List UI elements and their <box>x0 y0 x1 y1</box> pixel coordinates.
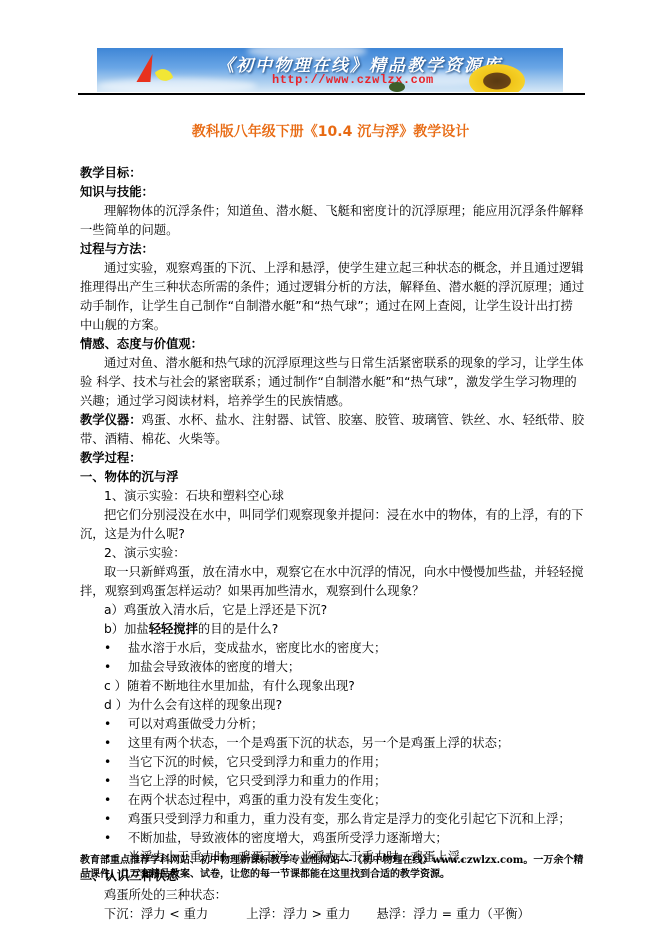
cloud-decoration <box>97 78 257 92</box>
demo1-text: 把它们分别浸没在水中，叫同学们观察现象并提问：浸在水中的物体，有的上浮，有的下沉… <box>80 506 585 544</box>
bullet-icon: • <box>104 791 128 810</box>
list-item: •盐水溶于水后，变成盐水，密度比水的密度大； <box>80 639 585 658</box>
knowledge-text: 理解物体的沉浮条件；知道鱼、潜水艇、飞艇和密度计的沉浮原理；能应用沉浮条件解释一… <box>80 202 585 240</box>
question-b-prefix: b）加盐 <box>104 622 149 636</box>
list-item: •当它下沉的时候，它只受到浮力和重力的作用； <box>80 753 585 772</box>
site-banner: 《初中物理在线》精品教学资源库 http://www.czwlzx.com <box>97 48 563 92</box>
objectives-heading: 教学目标： <box>80 164 585 183</box>
document-body: 教学目标： 知识与技能： 理解物体的沉浮条件；知道鱼、潜水艇、飞艇和密度计的沉浮… <box>80 164 585 924</box>
section2-intro: 鸡蛋所处的三种状态： <box>80 886 585 905</box>
bullet-icon: • <box>104 639 128 658</box>
bullet-icon: • <box>104 734 128 753</box>
sunflower-icon <box>469 64 525 92</box>
knowledge-heading: 知识与技能： <box>80 183 585 202</box>
bullet-icon: • <box>104 658 128 677</box>
list-item: •这里有两个状态，一个是鸡蛋下沉的状态，另一个是鸡蛋上浮的状态； <box>80 734 585 753</box>
states-row: 下沉：浮力 < 重力上浮：浮力 > 重力悬浮：浮力 = 重力（平衡） <box>80 905 585 924</box>
banner-url: http://www.czwlzx.com <box>272 73 434 87</box>
footer-promo: 教育部重点推荐学科网站、初中物理新课标教学专业性网站---《初中物理在线》www… <box>80 854 590 882</box>
document-title: 教科版八年级下册《10.4 沉与浮》教学设计 <box>0 121 661 141</box>
bullet-icon: • <box>104 753 128 772</box>
list-item-text: 加盐会导致液体的密度的增大； <box>128 660 300 674</box>
state-rise: 上浮：浮力 > 重力 <box>246 907 350 921</box>
equipment-heading: 教学仪器： <box>80 413 142 427</box>
question-b-emphasis: 轻轻搅拌 <box>149 622 198 636</box>
state-sink: 下沉：浮力 < 重力 <box>104 907 208 921</box>
process-section-heading: 教学过程： <box>80 449 585 468</box>
list-item: •当它上浮的时候，它只受到浮力和重力的作用； <box>80 772 585 791</box>
list-item: •不断加盐，导致液体的密度增大，鸡蛋所受浮力逐渐增大； <box>80 829 585 848</box>
demo2-text: 取一只新鲜鸡蛋，放在清水中，观察它在水中沉浮的情况，向水中慢慢加些盐，并轻轻搅拌… <box>80 563 585 601</box>
header-divider <box>78 93 585 95</box>
emotion-text: 通过对鱼、潜水艇和热气球的沉浮原理这些与日常生活紧密联系的现象的学习，让学生体验… <box>80 354 585 411</box>
list-item-text: 可以对鸡蛋做受力分析； <box>128 717 263 731</box>
list-item: •鸡蛋只受到浮力和重力，重力没有变，那么肯定是浮力的变化引起它下沉和上浮； <box>80 810 585 829</box>
question-d: d ）为什么会有这样的现象出现? <box>80 696 585 715</box>
state-suspend: 悬浮：浮力 = 重力（平衡） <box>376 907 529 921</box>
demo1-heading: 1、演示实验：石块和塑料空心球 <box>80 487 585 506</box>
equipment-paragraph: 教学仪器：鸡蛋、水杯、盐水、注射器、试管、胶塞、胶管、玻璃管、铁丝、水、轻纸带、… <box>80 411 585 449</box>
emotion-heading: 情感、态度与价值观： <box>80 335 585 354</box>
demo2-heading: 2、演示实验： <box>80 544 585 563</box>
list-item-text: 盐水溶于水后，变成盐水，密度比水的密度大； <box>128 641 386 655</box>
bullet-icon: • <box>104 829 128 848</box>
list-item-text: 当它下沉的时候，它只受到浮力和重力的作用； <box>128 755 386 769</box>
equipment-text: 鸡蛋、水杯、盐水、注射器、试管、胶塞、胶管、玻璃管、铁丝、水、轻纸带、胶带、酒精… <box>80 413 584 446</box>
list-item-text: 鸡蛋只受到浮力和重力，重力没有变，那么肯定是浮力的变化引起它下沉和上浮； <box>128 812 571 826</box>
process-heading: 过程与方法： <box>80 240 585 259</box>
list-item-text: 当它上浮的时候，它只受到浮力和重力的作用； <box>128 774 386 788</box>
list-item: •在两个状态过程中，鸡蛋的重力没有发生变化； <box>80 791 585 810</box>
leaf-icon <box>389 82 405 92</box>
bullet-icon: • <box>104 810 128 829</box>
question-c: c ）随着不断地往水里加盐，有什么现象出现? <box>80 677 585 696</box>
list-item-text: 这里有两个状态，一个是鸡蛋下沉的状态，另一个是鸡蛋上浮的状态； <box>128 736 509 750</box>
section1-heading: 一、物体的沉与浮 <box>80 468 585 487</box>
bullet-icon: • <box>104 715 128 734</box>
list-item: •加盐会导致液体的密度的增大； <box>80 658 585 677</box>
question-b: b）加盐轻轻搅拌的目的是什么? <box>80 620 585 639</box>
question-b-suffix: 的目的是什么? <box>198 622 278 636</box>
question-a: a）鸡蛋放入清水后，它是上浮还是下沉? <box>80 601 585 620</box>
list-item-text: 在两个状态过程中，鸡蛋的重力没有发生变化； <box>128 793 386 807</box>
process-text: 通过实验，观察鸡蛋的下沉、上浮和悬浮，使学生建立起三种状态的概念，并且通过逻辑推… <box>80 259 585 335</box>
list-item: •可以对鸡蛋做受力分析； <box>80 715 585 734</box>
bullet-icon: • <box>104 772 128 791</box>
list-item-text: 不断加盐，导致液体的密度增大，鸡蛋所受浮力逐渐增大； <box>128 831 448 845</box>
